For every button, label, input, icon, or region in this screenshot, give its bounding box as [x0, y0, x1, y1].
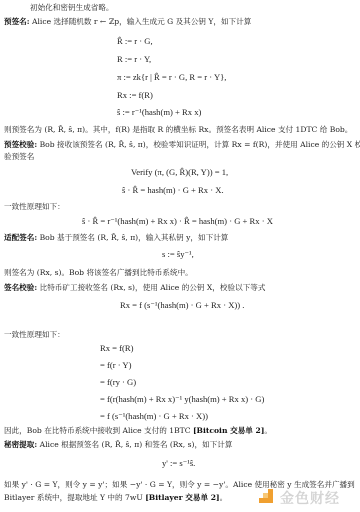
preverify-heading: 预签校验:: [4, 140, 37, 149]
verify-conclusion-text: 因此，Bob 在比特币系统中接收到 Alice 支付的 1BTC: [4, 426, 193, 435]
verify-heading: 签名校验:: [4, 283, 37, 292]
presign-heading: 预签名:: [4, 17, 30, 26]
preverify-text-2: 验预签名: [4, 151, 356, 162]
preverify-eq-2: ŝ · R̂ = hash(m) · G + Rx · X.: [122, 185, 224, 195]
presign-text: Alice 选择随机数 r ← ℤp，输入生成元 G 及其公钥 Y，如下计算: [30, 17, 252, 26]
adapt-paragraph: 适配签名: Bob 基于预签名 (R, R̂, ŝ, π)，输入其私钥 y，如下…: [4, 232, 356, 243]
verify-consistency-eq-2: = f(r · Y): [100, 360, 132, 370]
presign-eq-5: ŝ := r⁻¹(hash(m) + Rx x): [117, 107, 201, 118]
watermark-text: 金色财经: [280, 488, 340, 508]
verify-consistency-eq-5: = f (s⁻¹(hash(m) · G + Rx · X)): [100, 411, 208, 422]
verify-conclusion-end: 。: [264, 426, 272, 435]
extract-line-2-text: Bitlayer 系统中，提取地址 Y 中的 7wU: [4, 493, 145, 502]
extract-text: Alice 根据预签名 (R, R̂, ŝ, π) 和签名 (Rx, s)，如下…: [37, 440, 232, 449]
preverify-consistency-eq: ŝ · R̂ = r⁻¹(hash(m) + Rx x) · R̂ = hash…: [82, 216, 273, 227]
presign-eq-1: R̂ := r · G,: [117, 36, 153, 46]
adapt-result: 则签名为 (Rx, s)。Bob 将该签名广播到比特币系统中。: [4, 267, 356, 278]
presign-result: 则预签名为 (R, R̂, ŝ, π)。其中，f(R) 是指取 R 的横坐标 R…: [4, 124, 356, 135]
presign-eq-4: Rx := f(R): [117, 90, 153, 100]
extract-eq: y' := s⁻¹ŝ.: [162, 458, 195, 469]
verify-conclusion: 因此，Bob 在比特币系统中接收到 Alice 支付的 1BTC [Bitcoi…: [4, 425, 356, 436]
bitlayer-tx-ref: [Bitlayer 交易单 2]: [145, 493, 219, 502]
extract-line-2-end: 。: [220, 493, 228, 502]
adapt-heading: 适配签名:: [4, 233, 37, 242]
preverify-consistency-label: 一致性原理如下：: [4, 201, 356, 212]
bitcoin-tx-ref: [Bitcoin 交易单 2]: [193, 426, 264, 435]
intro-text: 初始化和密钥生成省略。: [30, 2, 356, 13]
presign-paragraph: 预签名: Alice 选择随机数 r ← ℤp，输入生成元 G 及其公钥 Y，如…: [4, 16, 356, 27]
watermark: 金色财经: [258, 486, 348, 508]
extract-heading: 秘密提取:: [4, 440, 37, 449]
verify-text: 比特币矿工接收签名 (Rx, s)，使用 Alice 的公钥 X，校验以下等式: [37, 283, 265, 292]
preverify-eq-1: Verify (π, (G, R̂)(R, Y)) = 1,: [131, 167, 228, 177]
jinse-logo-icon: [258, 488, 274, 504]
preverify-paragraph: 预签校验: Bob 接收该预签名 (R, R̂, ŝ, π)，校验零知识证明，计…: [4, 139, 356, 150]
adapt-eq: s := ŝy⁻¹,: [162, 249, 194, 260]
presign-eq-2: R := r · Y,: [117, 54, 151, 64]
verify-consistency-eq-4: = f(r(hash(m) + Rx x)⁻¹ y(hash(m) + Rx x…: [100, 394, 264, 405]
presign-eq-3: π := zk{r | R̂ = r · G, R = r · Y},: [117, 72, 226, 82]
verify-consistency-eq-1: Rx = f(R): [100, 343, 134, 353]
verify-consistency-label: 一致性原理如下：: [4, 329, 356, 340]
extract-paragraph: 秘密提取: Alice 根据预签名 (R, R̂, ŝ, π) 和签名 (Rx,…: [4, 439, 356, 450]
preverify-text: Bob 接收该预签名 (R, R̂, ŝ, π)，校验零知识证明，计算 Rx =…: [37, 140, 360, 149]
verify-paragraph: 签名校验: 比特币矿工接收签名 (Rx, s)，使用 Alice 的公钥 X，校…: [4, 282, 356, 293]
verify-eq: Rx = f (s⁻¹(hash(m) · G + Rx · X)) .: [120, 300, 244, 311]
adapt-text: Bob 基于预签名 (R, R̂, ŝ, π)，输入其私钥 y，如下计算: [37, 233, 228, 242]
verify-consistency-eq-3: = f(ry · G): [100, 377, 136, 387]
